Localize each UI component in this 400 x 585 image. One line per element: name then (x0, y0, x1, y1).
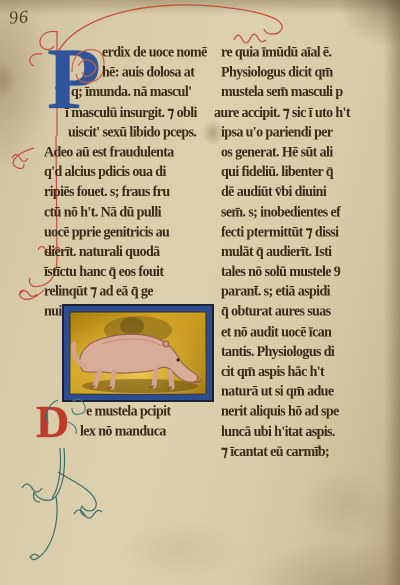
text-line: ripiēs fouet. s; fraus fru (44, 183, 224, 203)
text-line: luncā ubi h'itat aspis. (221, 422, 398, 442)
text-line: tales nō solū mustele 9 (221, 263, 398, 283)
text-line: os generat. Hē sūt ali (221, 143, 398, 163)
manuscript-page: 96 P erdix de uoce nomē hē: auis dolosa … (0, 0, 400, 585)
text-line: nerit aliquis hō ad spe (221, 402, 398, 422)
text-line: dē audiūt v̄bi diuini (221, 183, 398, 203)
text-line: uiscit' sexū libido pceps. (68, 123, 224, 143)
parchment-stain (0, 60, 16, 100)
text-line: q; īmunda. nā mascul' (71, 83, 224, 103)
text-line: ī masculū insurgit. ⁊ obli (65, 103, 224, 123)
text-line: q'd alcius pdicis oua di (44, 163, 224, 183)
text-line: re quia īmūdū aīal ē. (221, 43, 398, 63)
parchment-stain (120, 520, 240, 580)
text-line: fecti ptermittūt ⁊ dissi (221, 223, 398, 243)
text-line: q̄ obturat aures suas (221, 302, 398, 322)
text-line: relinqūt ⁊ ad eā q̄ ge (44, 282, 224, 302)
text-line: hē: auis dolosa at (102, 63, 224, 83)
text-line: Physiologus dicit qm̄ (221, 63, 398, 83)
text-line: parant̄. s; etiā aspidi (221, 282, 398, 302)
weasel-miniature-illustration (62, 304, 214, 402)
text-line: uocē pprie genitricis au (44, 223, 224, 243)
text-line: ctū nō h't. Nā dū pulli (44, 203, 224, 223)
text-line: ⁊ īcantat eū carmīb; (221, 442, 398, 462)
text-line: aure accipit. ⁊ sic ī uto h't (214, 103, 398, 123)
text-line: et nō audit uocē īcan (221, 322, 398, 342)
text-line: Adeo aū est fraudulenta (44, 143, 224, 163)
text-line: e mustela pcipit (86, 402, 226, 422)
illuminated-initial-d: D (36, 398, 69, 446)
text-line: dierīt. naturali quodā (44, 243, 224, 263)
text-line: ipsa u'o pariendi per (221, 123, 398, 143)
parchment-stain (300, 470, 390, 540)
text-line: sem̄. s; inobedientes ef (221, 203, 398, 223)
folio-number: 96 (8, 6, 29, 28)
text-line: lex nō manduca (80, 422, 226, 442)
text-line: mulāt q̄ audierīt. Isti (221, 243, 398, 263)
text-line: tantis. Physiologus di (221, 342, 398, 362)
text-block-bottom: e mustela pcipit lex nō manduca (86, 402, 226, 442)
text-line: cit qm̄ aspis hāc h't (221, 362, 398, 382)
text-column-right: re quia īmūdū aīal ē. Physiologus dicit … (221, 43, 398, 462)
text-line: erdix de uoce nomē (102, 43, 224, 63)
text-line: mustela sem̄ masculi p (221, 83, 398, 103)
text-line: naturā ut si qm̄ adue (221, 382, 398, 402)
text-column-left: erdix de uoce nomē hē: auis dolosa at q;… (44, 43, 224, 322)
text-line: qui fideliū. libenter q̄ (221, 163, 398, 183)
text-line: īstīctu hanc q̄ eos fouit (44, 263, 224, 283)
